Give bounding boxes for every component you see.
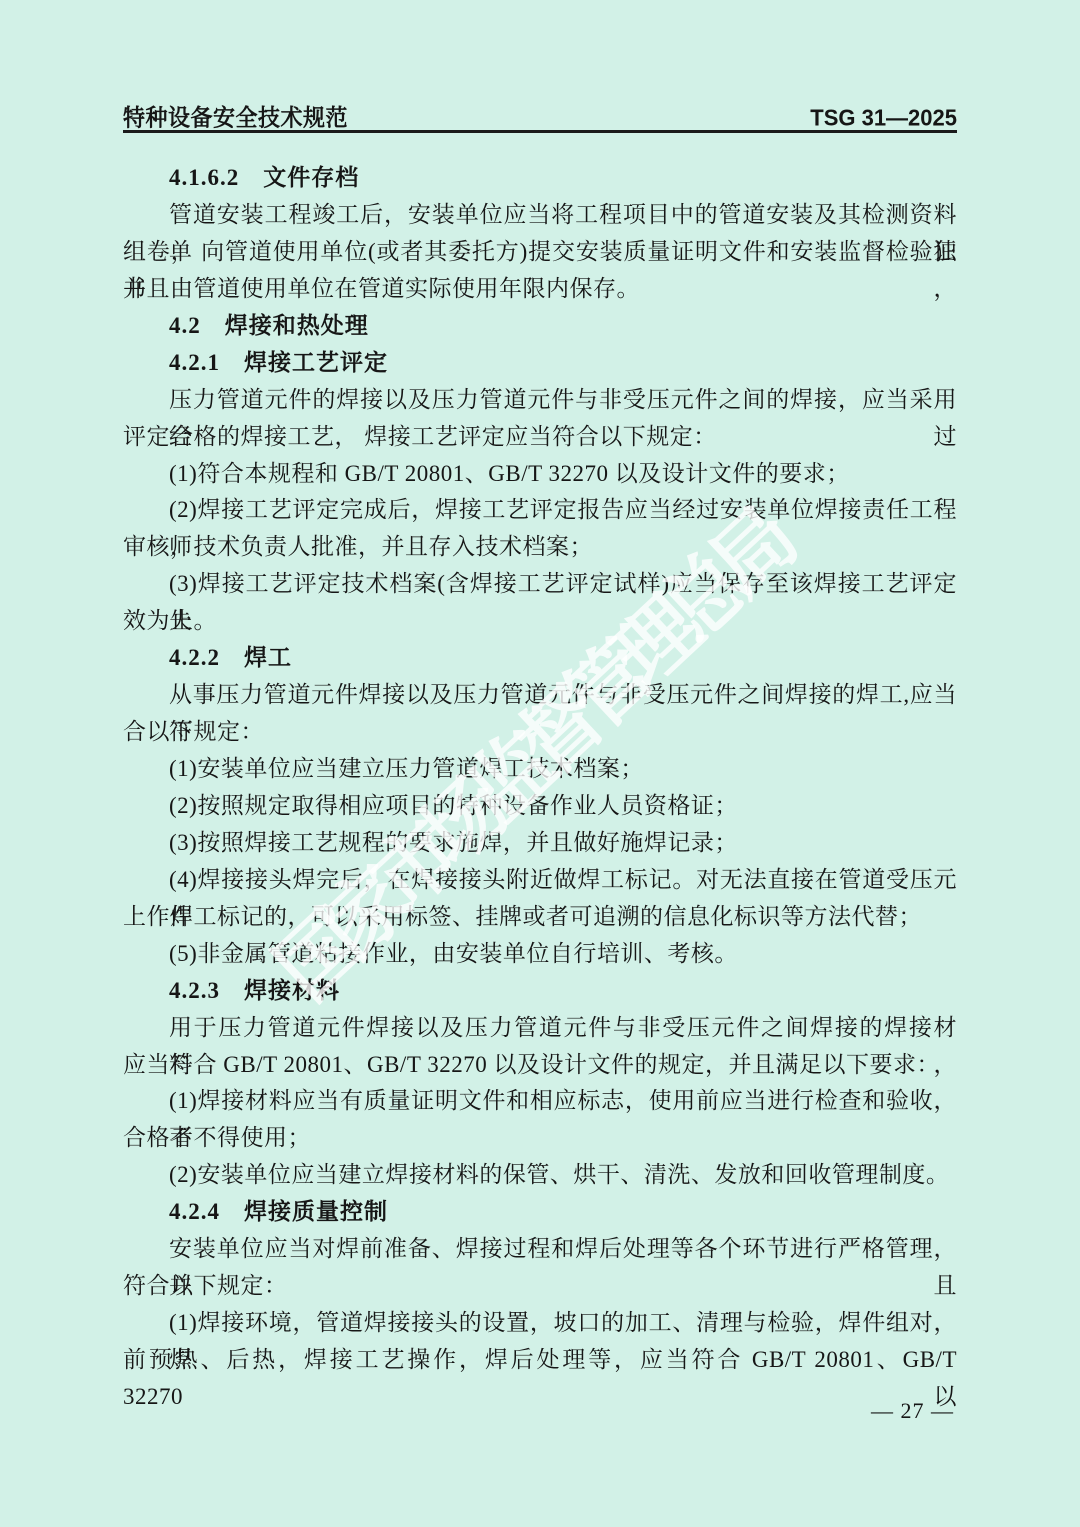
text-line: 管道安装工程竣工后，安装单位应当将工程项目中的管道安装及其检测资料单独 <box>123 197 957 234</box>
text-line: 压力管道元件的焊接以及压力管道元件与非受压元件之间的焊接，应当采用经过 <box>123 382 957 419</box>
text-line: 合格者不得使用； <box>123 1120 957 1157</box>
text-line: (5)非金属管道粘接作业，由安装单位自行培训、考核。 <box>123 936 957 973</box>
heading-line: 4.2.1 焊接工艺评定 <box>123 345 957 382</box>
text-line: (1)符合本规程和 GB/T 20801、GB/T 32270 以及设计文件的要… <box>123 456 957 493</box>
text-line: (1)焊接环境，管道焊接接头的设置，坡口的加工、清理与检验，焊件组对，焊 <box>123 1305 957 1342</box>
text-line: (3)按照焊接工艺规程的要求施焊，并且做好施焊记录； <box>123 825 957 862</box>
header-doc-number: TSG 31—2025 <box>810 104 957 131</box>
text-line: 审核，技术负责人批准，并且存入技术档案； <box>123 529 957 566</box>
text-line: 安装单位应当对焊前准备、焊接过程和焊后处理等各个环节进行严格管理，并且 <box>123 1231 957 1268</box>
text-line: (2)安装单位应当建立焊接材料的保管、烘干、清洗、发放和回收管理制度。 <box>123 1157 957 1194</box>
text-line: (4)焊接接头焊完后，在焊接接头附近做焊工标记。对无法直接在管道受压元件 <box>123 862 957 899</box>
text-line: 从事压力管道元件焊接以及压力管道元件与非受压元件之间焊接的焊工,应当符 <box>123 677 957 714</box>
heading-line: 4.2.3 焊接材料 <box>123 973 957 1010</box>
text-line: 前预热、后热，焊接工艺操作，焊后处理等，应当符合 GB/T 20801、GB/T… <box>123 1342 957 1379</box>
heading-line: 4.2 焊接和热处理 <box>123 308 957 345</box>
text-line: (1)焊接材料应当有质量证明文件和相应标志，使用前应当进行检查和验收，不 <box>123 1083 957 1120</box>
text-line: (2)按照规定取得相应项目的特种设备作业人员资格证； <box>123 788 957 825</box>
text-line: 效为止。 <box>123 603 957 640</box>
header-left-title: 特种设备安全技术规范 <box>123 100 348 133</box>
heading-line: 4.1.6.2 文件存档 <box>123 160 957 197</box>
page-header: 特种设备安全技术规范 TSG 31—2025 <box>123 100 957 133</box>
text-line: 应当符合 GB/T 20801、GB/T 32270 以及设计文件的规定，并且满… <box>123 1047 957 1084</box>
text-line: (3)焊接工艺评定技术档案(含焊接工艺评定试样)应当保存至该焊接工艺评定失 <box>123 566 957 603</box>
text-line: (1)安装单位应当建立压力管道焊工技术档案； <box>123 751 957 788</box>
text-line: 用于压力管道元件焊接以及压力管道元件与非受压元件之间焊接的焊接材料， <box>123 1010 957 1047</box>
document-body: 4.1.6.2 文件存档管道安装工程竣工后，安装单位应当将工程项目中的管道安装及… <box>123 160 957 1379</box>
page-number: — 27 — <box>871 1398 954 1424</box>
heading-line: 4.2.4 焊接质量控制 <box>123 1194 957 1231</box>
document-page: 特种设备安全技术规范 TSG 31—2025 4.1.6.2 文件存档管道安装工… <box>0 0 1080 1527</box>
text-line: (2)焊接工艺评定完成后，焊接工艺评定报告应当经过安装单位焊接责任工程师 <box>123 492 957 529</box>
text-line: 上作焊工标记的，可以采用标签、挂牌或者可追溯的信息化标识等方法代替； <box>123 899 957 936</box>
header-rule <box>123 130 957 133</box>
text-line: 组卷， 向管道使用单位(或者其委托方)提交安装质量证明文件和安装监督检验证书， <box>123 234 957 271</box>
text-line: 合以下规定： <box>123 714 957 751</box>
heading-line: 4.2.2 焊工 <box>123 640 957 677</box>
